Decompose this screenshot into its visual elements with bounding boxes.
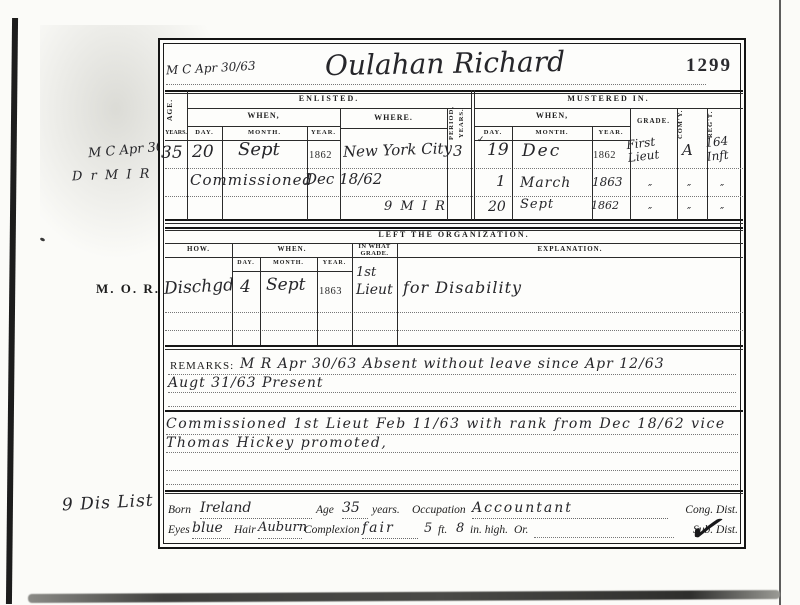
scan-smudge-bottom: [28, 590, 780, 603]
enlisted-where-value: New York City: [343, 141, 453, 160]
rule-line: [168, 406, 736, 407]
mustered-row3-company-ditto: ″: [687, 206, 691, 217]
remarks-line2: Augt 31/63 Present: [168, 376, 323, 390]
check-mark-small: ✓: [477, 135, 485, 145]
soldier-name: Oulahan Richard: [280, 47, 610, 81]
rule-line: [471, 90, 472, 220]
complexion-label: Complexion: [304, 524, 360, 536]
age-value-bottom: 35: [342, 501, 368, 519]
rule-line: [165, 168, 743, 169]
or-label: Or.: [514, 524, 528, 536]
left-org-year-value: 1863: [319, 286, 342, 297]
rule-line: [165, 257, 743, 258]
mustered-row3-day: 20: [488, 200, 506, 214]
mustered-row3-year: 1862: [591, 200, 619, 211]
rule-line: [474, 90, 475, 220]
enlisted-year-label: YEAR.: [307, 129, 340, 136]
rule-line: [232, 271, 352, 272]
enlisted-day-label: DAY.: [187, 129, 222, 136]
scan-edge-right: [779, 0, 781, 605]
card-number: 1299: [660, 55, 732, 77]
height-ft-value: 5: [424, 522, 432, 535]
left-org-explanation-label: EXPLANATION.: [397, 246, 743, 254]
enlisted-row2-date: Dec 18/62: [305, 172, 382, 187]
rule-line: [165, 93, 743, 94]
rule-line: [168, 392, 736, 393]
age-column-label: AGE.: [165, 92, 187, 128]
remarks-label: REMARKS:: [170, 360, 234, 372]
enlisted-where-label: WHERE.: [340, 114, 447, 123]
rule-line: [187, 126, 340, 127]
mustered-row3-regiment-ditto: ″: [720, 206, 724, 217]
enlisted-row3-note: 9 M I R: [384, 200, 447, 213]
mustered-row2-regiment-ditto: ″: [720, 183, 724, 194]
rule-line: [165, 330, 743, 331]
margin-dis-list: 9 Dis List: [62, 493, 154, 515]
mustered-title: MUSTERED IN.: [474, 95, 743, 104]
rule-line: [165, 493, 743, 494]
hair-label: Hair: [234, 524, 256, 536]
left-org-grade-label: IN WHAT GRADE.: [352, 243, 397, 257]
enlisted-title: ENLISTED.: [187, 95, 471, 104]
enlisted-row2-note: Commissioned: [190, 173, 313, 188]
eyes-value: blue: [192, 521, 230, 539]
rule-line: [165, 410, 743, 412]
rule-line: [165, 345, 743, 347]
period-years-label-1: PERIOD,: [448, 102, 458, 144]
rule-line: [340, 128, 447, 129]
left-org-month-label: MONTH.: [260, 260, 317, 267]
enlisted-day-value: 20: [192, 144, 214, 161]
mustered-row1-year: 1862: [593, 150, 616, 161]
mustered-row2-company-ditto: ″: [687, 183, 691, 194]
born-label: Born: [168, 504, 191, 516]
rule-line: [165, 90, 743, 92]
left-org-month-value: Sept: [266, 277, 305, 294]
eyes-label: Eyes: [168, 524, 190, 536]
occupation-value: Accountant: [472, 501, 668, 519]
enlisted-month-label: MONTH.: [222, 129, 307, 136]
rule-line: [165, 312, 743, 313]
mustered-row2-month: March: [520, 176, 571, 190]
rule-line: [165, 227, 743, 229]
mustered-year-label: YEAR.: [592, 129, 630, 136]
height-in-value: 8: [456, 522, 464, 535]
commission-line1: Commissioned 1st Lieut Feb 11/63 with ra…: [166, 417, 726, 431]
in-high-label: in. high.: [470, 524, 508, 536]
record-card: M C Apr 30/63 Oulahan Richard 1299 AGE. …: [158, 38, 746, 549]
left-org-year-label: YEAR.: [317, 260, 352, 267]
age-years-label: YEARS.: [164, 130, 188, 137]
rule-line: [165, 219, 743, 221]
enlisted-when-label: WHEN,: [187, 112, 340, 121]
enlisted-year-value: 1862: [309, 150, 332, 161]
rule-line: [352, 243, 353, 345]
ft-label: ft.: [438, 524, 447, 536]
rule-line: [187, 108, 471, 109]
rule-line: [474, 126, 630, 127]
rule-line: [165, 223, 743, 224]
rule-line: [165, 243, 743, 244]
left-org-when-label: WHEN.: [232, 246, 352, 254]
rule-line: [165, 196, 743, 197]
left-org-explanation-value: for Disability: [403, 280, 522, 296]
mustered-row3-grade-ditto: ″: [648, 206, 652, 217]
rule-line: [512, 126, 513, 220]
years-label: years.: [372, 504, 400, 516]
rule-line: [166, 484, 738, 485]
hair-value: Auburn: [258, 521, 302, 539]
period-years-label-2: YEARS.: [458, 102, 468, 144]
mustered-row2-day: 1: [496, 174, 506, 189]
mustered-row1-month: Dec: [522, 143, 561, 160]
header-rule: [166, 84, 706, 85]
company-column-label: COM'Y.: [677, 104, 707, 144]
remarks-line1: M R Apr 30/63 Absent without leave since…: [240, 357, 665, 371]
left-org-grade-value-1: 1st: [356, 266, 376, 279]
rule-line: [165, 490, 743, 492]
left-org-day-label: DAY.: [232, 260, 260, 267]
period-value: 3: [453, 144, 463, 159]
mustered-row1-day: 19: [487, 142, 509, 159]
rule-line: [317, 257, 318, 345]
mustered-row2-grade-ditto: ″: [648, 183, 652, 194]
mustered-when-label: WHEN,: [474, 112, 630, 121]
rule-line: [340, 108, 341, 220]
grade-column-label: GRADE.: [630, 118, 677, 126]
rule-line: [166, 452, 738, 453]
rule-line: [187, 90, 188, 220]
mustered-row2-year: 1863: [592, 176, 623, 188]
scanned-record-page: { "card": { "number": "1299", "name": "O…: [0, 0, 800, 605]
complexion-value: fair: [362, 521, 418, 539]
left-org-how-label: HOW.: [165, 246, 232, 254]
left-org-title: LEFT THE ORGANIZATION.: [165, 231, 743, 240]
leader-line: [534, 537, 674, 538]
age-label: Age: [316, 504, 334, 516]
born-value: Ireland: [200, 501, 312, 519]
left-org-how-value: Dischgd: [164, 277, 235, 298]
rule-line: [166, 470, 738, 471]
age-value: 35: [161, 145, 183, 162]
mustered-month-label: MONTH.: [512, 129, 592, 136]
commission-line2: Thomas Hickey promoted,: [166, 436, 387, 450]
left-org-grade-value-2: Lieut: [356, 283, 393, 297]
margin-mor-label: M. O. R.: [96, 282, 160, 296]
mustered-row1-company: A: [682, 143, 693, 158]
occupation-label: Occupation: [412, 504, 466, 516]
rule-line: [260, 257, 261, 345]
mustered-row1-regiment: 164 Inft: [705, 132, 746, 164]
rule-line: [165, 349, 743, 350]
enlisted-month-value: Sept: [238, 141, 280, 159]
left-org-day-value: 4: [240, 279, 251, 296]
scan-edge-left: [6, 18, 18, 604]
mustered-row3-month: Sept: [520, 198, 554, 211]
margin-annotation-regiment: D r M I R: [72, 168, 152, 184]
rule-line: [397, 243, 398, 345]
